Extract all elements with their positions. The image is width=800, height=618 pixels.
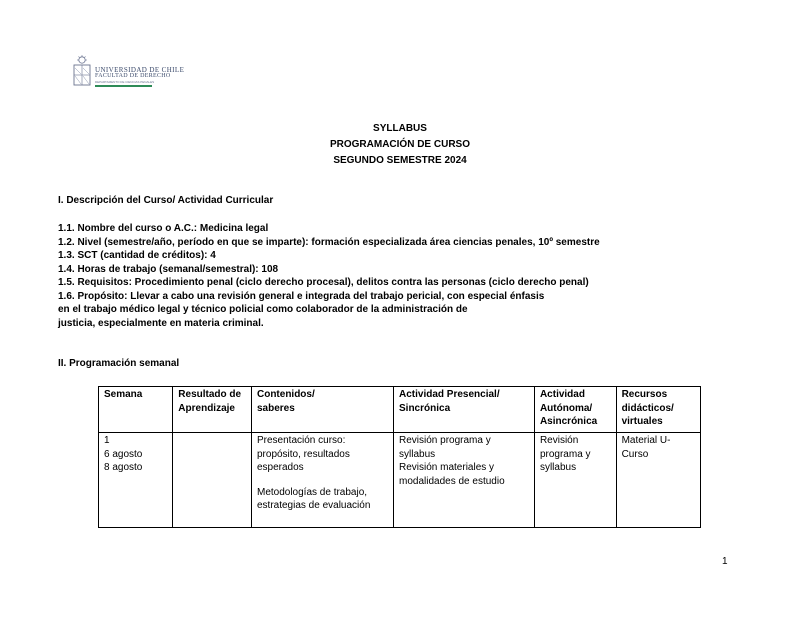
document-title-block: SYLLABUS PROGRAMACIÓN DE CURSO SEGUNDO S…: [0, 121, 800, 169]
cell-contenidos: Presentación curso: propósito, resultado…: [251, 433, 393, 528]
item-purpose: 1.6. Propósito: Llevar a cabo una revisi…: [58, 290, 600, 304]
section-1-heading: I. Descripción del Curso/ Actividad Curr…: [58, 194, 273, 208]
item-course-name: 1.1. Nombre del curso o A.C.: Medicina l…: [58, 222, 600, 236]
item-hours: 1.4. Horas de trabajo (semanal/semestral…: [58, 263, 600, 277]
cell-autonoma: Revisión programa y syllabus: [534, 433, 616, 528]
weekly-schedule-table: Semana Resultado de Aprendizaje Contenid…: [98, 386, 701, 528]
header-contenidos: Contenidos/ saberes: [251, 387, 393, 433]
cell-recursos: Material U- Curso: [616, 433, 700, 528]
course-description-list: 1.1. Nombre del curso o A.C.: Medicina l…: [58, 222, 600, 330]
logo-underline: [95, 85, 152, 87]
cell-semana: 1 6 agosto 8 agosto: [99, 433, 173, 528]
header-recursos: Recursos didácticos/ virtuales: [616, 387, 700, 433]
item-credits: 1.3. SCT (cantidad de créditos): 4: [58, 249, 600, 263]
faculty-name: FACULTAD DE DERECHO: [95, 73, 171, 79]
title-syllabus: SYLLABUS: [0, 121, 800, 137]
university-crest-icon: [72, 55, 92, 87]
item-requirements: 1.5. Requisitos: Procedimiento penal (ci…: [58, 276, 600, 290]
header-presencial: Actividad Presencial/ Sincrónica: [394, 387, 535, 433]
header-autonoma: Actividad Autónoma/ Asincrónica: [534, 387, 616, 433]
table-header-row: Semana Resultado de Aprendizaje Contenid…: [99, 387, 701, 433]
page-number: 1: [722, 556, 728, 567]
title-programacion: PROGRAMACIÓN DE CURSO: [0, 137, 800, 153]
university-logo: UNIVERSIDAD DE CHILE FACULTAD DE DERECHO…: [72, 55, 172, 91]
header-resultado: Resultado de Aprendizaje: [173, 387, 252, 433]
item-purpose-cont-1: en el trabajo médico legal y técnico pol…: [58, 303, 600, 317]
cell-resultado: [173, 433, 252, 528]
header-semana: Semana: [99, 387, 173, 433]
table-row: 1 6 agosto 8 agosto Presentación curso: …: [99, 433, 701, 528]
section-2-heading: II. Programación semanal: [58, 357, 179, 371]
item-purpose-cont-2: justicia, especialmente en materia crimi…: [58, 317, 600, 331]
item-level: 1.2. Nivel (semestre/año, período en que…: [58, 236, 600, 250]
title-semestre: SEGUNDO SEMESTRE 2024: [0, 153, 800, 169]
department-name: DEPARTAMENTO DE CIENCIAS PENALES: [95, 80, 154, 84]
cell-presencial: Revisión programa y syllabus Revisión ma…: [394, 433, 535, 528]
